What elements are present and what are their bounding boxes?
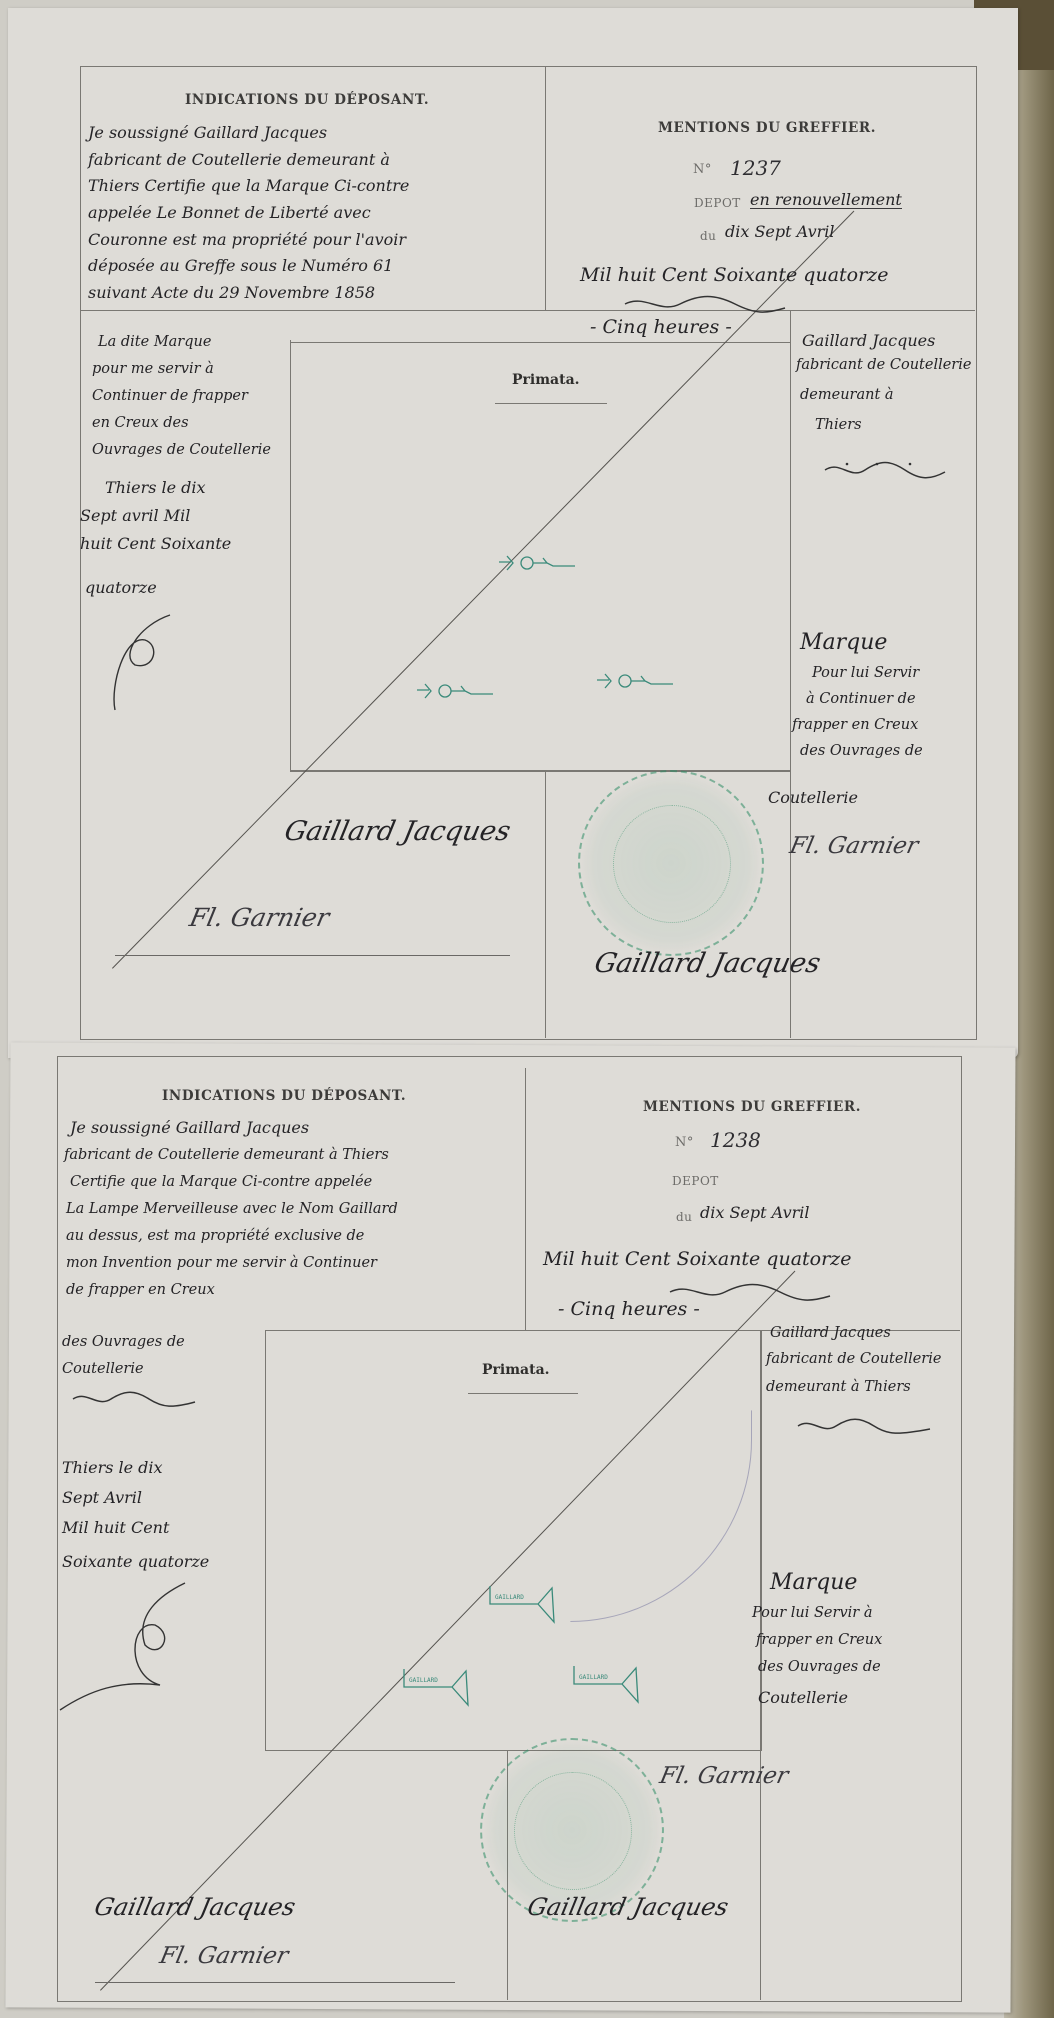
marque-note: des Ouvrages de: [800, 744, 923, 759]
primata-underline-1238: [468, 1393, 578, 1394]
signature-divider-1237: [545, 770, 546, 1038]
marque-note-title: Marque: [800, 632, 887, 654]
depot-label: DEPOT: [672, 1174, 719, 1188]
declaration-line: déposée au Greffe sous le Numéro 61: [88, 258, 393, 274]
heading-mentions-greffier: MENTIONS DU GREFFIER.: [643, 1099, 861, 1115]
signature-depositor: Gaillard Jacques: [525, 1895, 730, 1919]
place-date-line: huit Cent Soixante: [80, 536, 231, 552]
greffier-note: demeurant à: [800, 388, 894, 403]
bonnet-crown-stamp-icon: [413, 678, 508, 704]
bonnet-crown-stamp-icon: [495, 550, 590, 576]
signature-clerk: Fl. Garnier: [788, 835, 921, 858]
purpose-line: Continuer de frapper: [92, 389, 248, 404]
signature-clerk: Fl. Garnier: [187, 905, 331, 930]
marque-note: Pour lui Servir à: [752, 1606, 872, 1621]
wavy-flourish-icon: [620, 292, 790, 316]
declaration-line: Je soussigné Gaillard Jacques: [70, 1120, 309, 1136]
purpose-line: pour me servir à: [92, 362, 214, 377]
wavy-flourish-icon: [65, 1388, 205, 1410]
wavy-flourish-icon: [665, 1280, 835, 1304]
declaration-line: des Ouvrages de: [62, 1335, 185, 1350]
wavy-flourish-icon: [790, 1415, 940, 1437]
signature-bracket-line-1238: [95, 1982, 455, 1983]
place-date-line: Mil huit Cent: [62, 1520, 169, 1536]
place-date-line: Thiers le dix: [105, 480, 206, 496]
signature-bracket-line-1237: [115, 955, 510, 956]
declaration-line: de frapper en Creux: [66, 1283, 215, 1298]
marque-note: à Continuer de: [806, 692, 916, 707]
place-date-line: quatorze: [85, 580, 157, 596]
deposit-time: - Cinq heures -: [590, 318, 732, 337]
marque-note: frapper en Creux: [756, 1633, 882, 1648]
declaration-line: suivant Acte du 29 Novembre 1858: [88, 285, 375, 301]
lamp-gaillard-stamp-icon: GAILLARD: [486, 1582, 562, 1624]
greffier-note: fabricant de Coutellerie: [766, 1352, 941, 1367]
deposit-date-year: Mil huit Cent Soixante quatorze: [543, 1250, 851, 1269]
signature-clerk: Fl. Garnier: [158, 1945, 291, 1968]
right-column-rule-1237: [790, 310, 791, 1038]
declaration-line: mon Invention pour me servir à Continuer: [66, 1256, 377, 1271]
deposit-date-year: Mil huit Cent Soixante quatorze: [580, 266, 888, 285]
purpose-line: Ouvrages de Coutellerie: [92, 443, 271, 458]
register-number: 1238: [710, 1128, 761, 1152]
bonnet-crown-stamp-icon: [593, 668, 688, 694]
heading-indications-deposant: INDICATIONS DU DÉPOSANT.: [185, 92, 429, 108]
number-label: N°: [693, 162, 712, 177]
place-date-line: Thiers le dix: [62, 1460, 163, 1476]
primata-underline-1237: [495, 403, 607, 404]
signature-depositor: Gaillard Jacques: [92, 1895, 297, 1919]
deposit-date-day: dix Sept Avril: [725, 224, 834, 240]
place-date-line: Sept avril Mil: [80, 508, 190, 524]
signature-clerk: Fl. Garnier: [658, 1765, 791, 1788]
declaration-line: fabricant de Coutellerie demeurant à: [88, 152, 390, 168]
deposit-date-day: dix Sept Avril: [700, 1205, 809, 1221]
place-date-line: Soixante quatorze: [62, 1554, 209, 1570]
marque-note: Coutellerie: [768, 790, 858, 806]
declaration-line: La Lampe Merveilleuse avec le Nom Gailla…: [66, 1202, 398, 1217]
purpose-line: La dite Marque: [98, 335, 211, 350]
declaration-line: Certifie que la Marque Ci-contre appelée: [70, 1175, 372, 1190]
signature-depositor: Gaillard Jacques: [282, 818, 513, 845]
greffier-note: demeurant à Thiers: [766, 1380, 911, 1395]
number-label: N°: [675, 1135, 694, 1150]
lamp-gaillard-stamp-icon: GAILLARD: [570, 1662, 646, 1704]
du-label: du: [676, 1210, 692, 1224]
marque-note-title: Marque: [770, 1572, 857, 1594]
marque-note: des Ouvrages de: [758, 1660, 881, 1675]
court-seal-stamp: [578, 770, 764, 956]
header-divider-1237: [545, 66, 546, 310]
greffier-note: Thiers: [815, 418, 862, 433]
marque-note: Coutellerie: [758, 1690, 848, 1706]
header-divider-1238: [525, 1068, 526, 1330]
heading-indications-deposant: INDICATIONS DU DÉPOSANT.: [162, 1088, 406, 1104]
paraph-flourish-icon: [50, 1575, 200, 1715]
paraph-flourish-icon: [100, 605, 190, 715]
declaration-line: Couronne est ma propriété pour l'avoir: [88, 232, 406, 248]
primata-label: Primata.: [512, 372, 580, 388]
declaration-line: Coutellerie: [62, 1362, 144, 1377]
depot-value: en renouvellement: [750, 192, 902, 209]
primata-label: Primata.: [482, 1362, 550, 1378]
purpose-line: en Creux des: [92, 416, 189, 431]
greffier-note: fabricant de Coutellerie: [796, 358, 971, 373]
heading-mentions-greffier: MENTIONS DU GREFFIER.: [658, 120, 876, 136]
svg-text:GAILLARD: GAILLARD: [579, 1674, 608, 1681]
greffier-note: Gaillard Jacques: [770, 1326, 891, 1341]
marque-note: Pour lui Servir: [812, 666, 919, 681]
lamp-gaillard-stamp-icon: GAILLARD: [400, 1665, 476, 1707]
greffier-note: Gaillard Jacques: [802, 333, 935, 349]
signature-depositor: Gaillard Jacques: [592, 950, 823, 977]
depot-label: DEPOT: [694, 196, 741, 210]
place-date-line: Sept Avril: [62, 1490, 142, 1506]
declaration-line: fabricant de Coutellerie demeurant à Thi…: [64, 1148, 389, 1163]
wavy-flourish-icon: [815, 458, 955, 482]
primata-bottom-rule-1237: [290, 770, 790, 771]
declaration-line: Je soussigné Gaillard Jacques: [88, 125, 327, 141]
svg-text:GAILLARD: GAILLARD: [409, 1677, 438, 1684]
marque-note: frapper en Creux: [792, 718, 918, 733]
register-number: 1237: [730, 156, 781, 180]
svg-text:GAILLARD: GAILLARD: [495, 1594, 524, 1601]
declaration-line: au dessus, est ma propriété exclusive de: [66, 1229, 364, 1244]
declaration-line: appelée Le Bonnet de Liberté avec: [88, 205, 371, 221]
header-bottom-rule-1237: [80, 310, 975, 311]
declaration-line: Thiers Certifie que la Marque Ci-contre: [88, 178, 409, 194]
du-label: du: [700, 229, 716, 243]
